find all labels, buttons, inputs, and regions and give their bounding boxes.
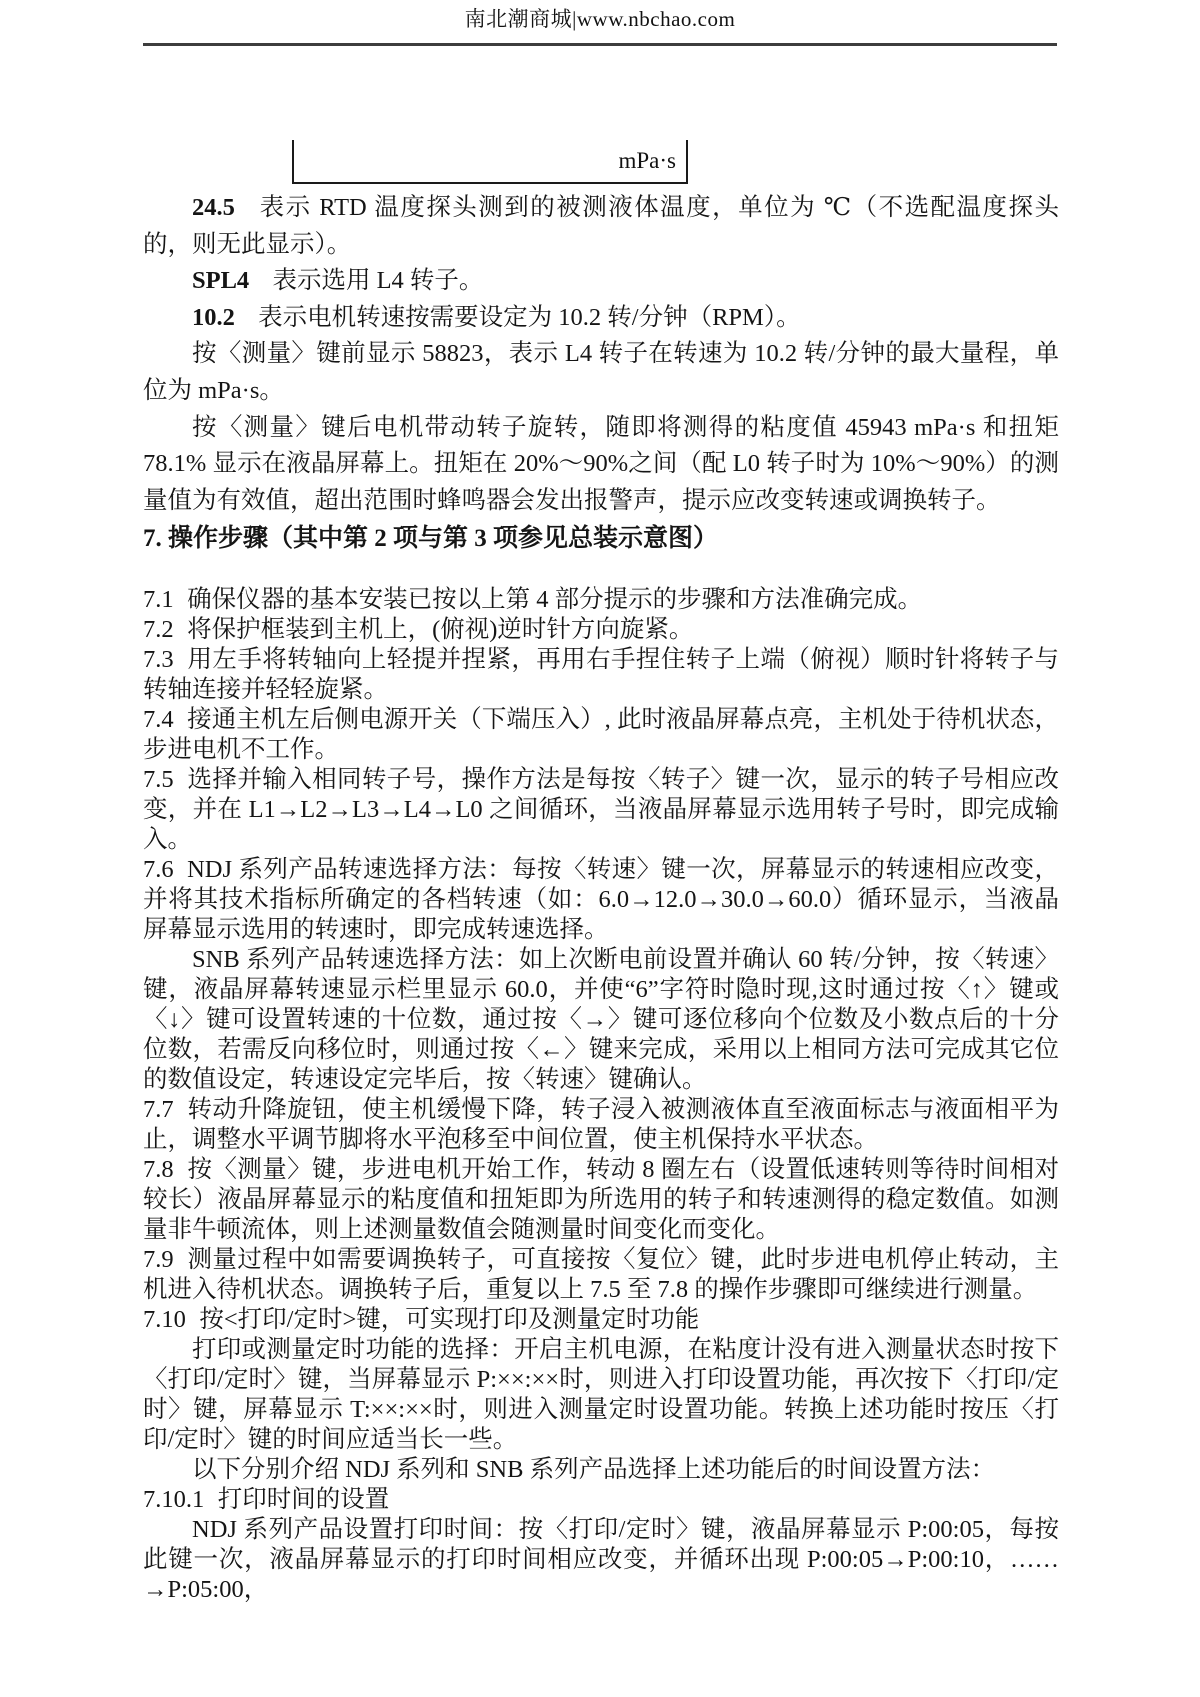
step-7-10-1: 7.10.1打印时间的设置 (143, 1485, 1059, 1515)
step-7-10-1-ndj-setting: NDJ 系列产品设置打印时间：按〈打印/定时〉键，液晶屏幕显示 P:00:05，… (143, 1515, 1059, 1605)
step-number: 7.6 (143, 856, 174, 883)
step-text: 确保仪器的基本安装已按以上第 4 部分提示的步骤和方法准确完成。 (187, 586, 922, 613)
step-number: 7.7 (143, 1096, 174, 1123)
site-header-text: 南北潮商城|www.nbchao.com (0, 3, 1200, 33)
step-7-6-snb-note: SNB 系列产品转速选择方法：如上次断电前设置并确认 60 转/分钟，按〈转速〉… (143, 945, 1059, 1095)
step-number: 7.10 (143, 1306, 186, 1333)
step-number: 7.10.1 (143, 1486, 204, 1513)
step-text: 以下分别介绍 NDJ 系列和 SNB 系列产品选择上述功能后的时间设置方法： (192, 1456, 995, 1483)
step-text: NDJ 系列产品转速选择方法：每按〈转速〉键一次，屏幕显示的转速相应改变，并将其… (143, 856, 1059, 943)
document-page: 南北潮商城|www.nbchao.com mPa·s 24.5表示 RTD 温度… (0, 0, 1200, 1697)
step-number: 7.1 (143, 586, 174, 613)
term-label: 10.2 (192, 304, 235, 331)
step-text: 按<打印/定时>键，可实现打印及测量定时功能 (199, 1306, 699, 1333)
step-text: NDJ 系列产品设置打印时间：按〈打印/定时〉键，液晶屏幕显示 P:00:05，… (143, 1516, 1059, 1603)
step-7-4: 7.4接通主机左后侧电源开关（下端压入）, 此时液晶屏幕点亮，主机处于待机状态，… (143, 705, 1059, 765)
header-rule (143, 43, 1057, 46)
term-text: 表示 RTD 温度探头测到的被测液体温度，单位为 ℃（不选配温度探头的，则无此显… (143, 194, 1059, 258)
term-text: 按〈测量〉键后电机带动转子旋转，随即将测得的粘度值 45943 mPa·s 和扭… (143, 414, 1059, 514)
step-text: 选择并输入相同转子号，操作方法是每按〈转子〉键一次，显示的转子号相应改变，并在 … (143, 766, 1059, 853)
step-7-5: 7.5选择并输入相同转子号，操作方法是每按〈转子〉键一次，显示的转子号相应改变，… (143, 765, 1059, 855)
step-number: 7.2 (143, 616, 174, 643)
step-7-2: 7.2将保护框装到主机上，(俯视)逆时针方向旋紧。 (143, 615, 1059, 645)
operation-steps-block: 7.1确保仪器的基本安装已按以上第 4 部分提示的步骤和方法准确完成。 7.2将… (143, 585, 1059, 1605)
term-text: 表示选用 L4 转子。 (272, 267, 483, 294)
step-number: 7.4 (143, 706, 174, 733)
step-number: 7.5 (143, 766, 174, 793)
step-text: 打印或测量定时功能的选择：开启主机电源，在粘度计没有进入测量状态时按下〈打印/定… (143, 1336, 1059, 1453)
step-text: SNB 系列产品转速选择方法：如上次断电前设置并确认 60 转/分钟，按〈转速〉… (143, 946, 1059, 1093)
term-label: 24.5 (192, 194, 235, 221)
document-content: 24.5表示 RTD 温度探头测到的被测液体温度，单位为 ℃（不选配温度探头的，… (143, 190, 1059, 1605)
step-text: 转动升降旋钮，使主机缓慢下降，转子浸入被测液体直至液面标志与液面相平为止，调整水… (143, 1096, 1059, 1153)
step-text: 测量过程中如需要调换转子，可直接按〈复位〉键，此时步进电机停止转动，主机进入待机… (143, 1246, 1059, 1303)
term-label: SPL4 (192, 267, 249, 294)
paragraph-speed-display: 10.2表示电机转速按需要设定为 10.2 转/分钟（RPM）。 (143, 300, 1059, 337)
lcd-figure-box: mPa·s (292, 140, 688, 184)
step-7-6: 7.6NDJ 系列产品转速选择方法：每按〈转速〉键一次，屏幕显示的转速相应改变，… (143, 855, 1059, 945)
step-7-10-print-timer-note: 打印或测量定时功能的选择：开启主机电源，在粘度计没有进入测量状态时按下〈打印/定… (143, 1335, 1059, 1455)
step-text: 接通主机左后侧电源开关（下端压入）, 此时液晶屏幕点亮，主机处于待机状态，步进电… (143, 706, 1059, 763)
section-7-heading: 7. 操作步骤（其中第 2 项与第 3 项参见总装示意图） (143, 520, 1059, 557)
display-description-block: 24.5表示 RTD 温度探头测到的被测液体温度，单位为 ℃（不选配温度探头的，… (143, 190, 1059, 519)
step-7-8: 7.8按〈测量〉键，步进电机开始工作，转动 8 圈左右（设置低速转则等待时间相对… (143, 1155, 1059, 1245)
step-7-10: 7.10按<打印/定时>键，可实现打印及测量定时功能 (143, 1305, 1059, 1335)
paragraph-temperature-display: 24.5表示 RTD 温度探头测到的被测液体温度，单位为 ℃（不选配温度探头的，… (143, 190, 1059, 263)
step-text: 打印时间的设置 (218, 1486, 390, 1513)
step-7-1: 7.1确保仪器的基本安装已按以上第 4 部分提示的步骤和方法准确完成。 (143, 585, 1059, 615)
step-text: 用左手将转轴向上轻提并捏紧，再用右手捏住转子上端（俯视）顺时针将转子与转轴连接并… (143, 646, 1059, 703)
step-number: 7.3 (143, 646, 174, 673)
step-number: 7.9 (143, 1246, 174, 1273)
paragraph-before-measure: 按〈测量〉键前显示 58823，表示 L4 转子在转速为 10.2 转/分钟的最… (143, 336, 1059, 409)
step-7-7: 7.7转动升降旋钮，使主机缓慢下降，转子浸入被测液体直至液面标志与液面相平为止，… (143, 1095, 1059, 1155)
step-7-9: 7.9测量过程中如需要调换转子，可直接按〈复位〉键，此时步进电机停止转动，主机进… (143, 1245, 1059, 1305)
step-text: 按〈测量〉键，步进电机开始工作，转动 8 圈左右（设置低速转则等待时间相对较长）… (143, 1156, 1059, 1243)
step-text: 将保护框装到主机上，(俯视)逆时针方向旋紧。 (187, 616, 693, 643)
step-7-3: 7.3用左手将转轴向上轻提并捏紧，再用右手捏住转子上端（俯视）顺时针将转子与转轴… (143, 645, 1059, 705)
step-7-10-series-intro: 以下分别介绍 NDJ 系列和 SNB 系列产品选择上述功能后的时间设置方法： (143, 1455, 1059, 1485)
paragraph-spindle-display: SPL4表示选用 L4 转子。 (143, 263, 1059, 300)
step-number: 7.8 (143, 1156, 174, 1183)
term-text: 表示电机转速按需要设定为 10.2 转/分钟（RPM）。 (258, 304, 800, 331)
viscosity-unit-label: mPa·s (619, 148, 687, 174)
paragraph-after-measure: 按〈测量〉键后电机带动转子旋转，随即将测得的粘度值 45943 mPa·s 和扭… (143, 410, 1059, 520)
term-text: 按〈测量〉键前显示 58823，表示 L4 转子在转速为 10.2 转/分钟的最… (143, 340, 1059, 404)
